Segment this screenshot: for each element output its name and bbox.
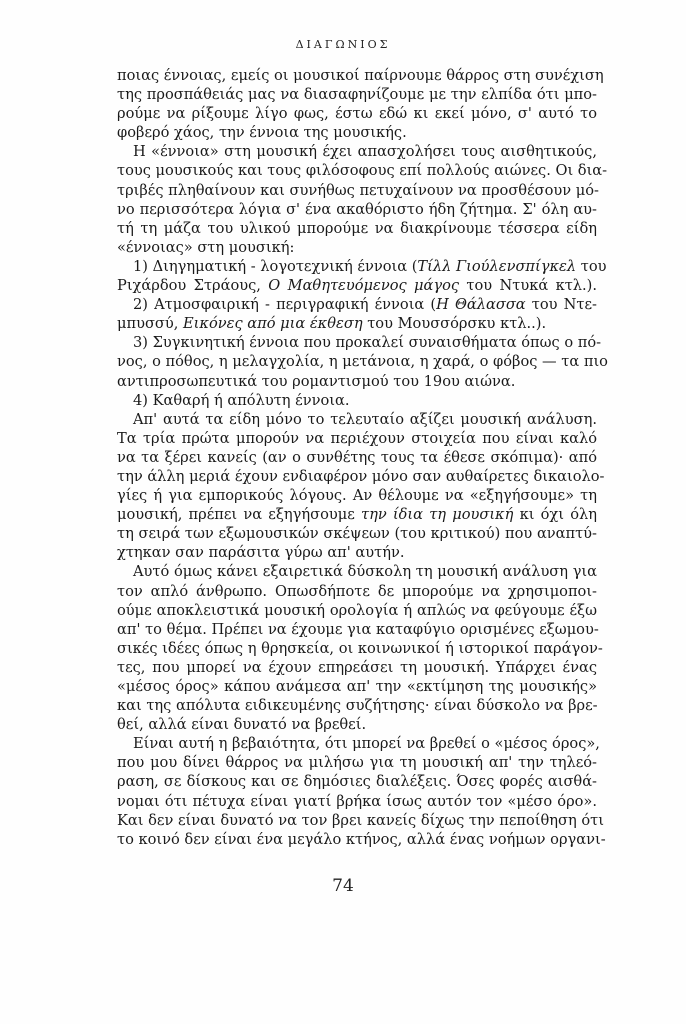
text-line: 1) Διηγηματική - λογοτεχνική έννοια (Τίλ… <box>117 257 597 276</box>
italic-title: Εικόνες από μια έκθεση <box>183 315 363 332</box>
text-run: 1) Διηγηματική - λογοτεχνική έννοια ( <box>133 258 417 275</box>
italic-title: Η Θάλασσα <box>436 296 526 313</box>
text-line: Απ' αυτά τα είδη μόνο το τελευταίο αξίζε… <box>117 410 597 429</box>
text-line: 4) Καθαρή ή απόλυτη έννοια. <box>117 391 597 410</box>
text-line: τες, που μπορεί να έχουν επηρεάσει τη μο… <box>117 658 597 677</box>
text-line: και της απόλυτα ειδικευμένης συζήτησης· … <box>117 696 597 715</box>
text-line: Είναι αυτή η βεβαιότητα, ότι μπορεί να β… <box>117 734 597 753</box>
text-line: «μέσος όρος» κάπου ανάμεσα απ' την «εκτί… <box>117 677 597 696</box>
text-line: χτηκαν σαν παράσιτα γύρω απ' αυτήν. <box>117 543 597 562</box>
text-run: μουσική, πρέπει να εξηγήσουμε <box>117 506 361 523</box>
text-line: Τα τρία πρώτα μπορούν να περιέχουν στοιχ… <box>117 429 597 448</box>
text-run: του Ντυκά κτλ.). <box>459 277 597 294</box>
book-page: ΔΙΑΓΩΝΙΟΣ ποιας έννοιας, εμείς οι μουσικ… <box>0 0 686 1024</box>
text-line: «έννοιας» στη μουσική: <box>117 238 597 257</box>
text-line: Και δεν είναι δυνατό να τον βρει κανείς … <box>117 811 597 830</box>
text-line: τον απλό άνθρωπο. Οπωσδήποτε δε μπορούμε… <box>117 582 597 601</box>
text-line: την άλλη μεριά έχουν ενδιαφέρον μόνο σαν… <box>117 467 597 486</box>
text-line: ούμε αποκλειστικά μουσική ορολογία ή απλ… <box>117 601 597 620</box>
text-line: τη σειρά των εξωμουσικών σκέψεων (του κρ… <box>117 524 597 543</box>
text-line: θεί, αλλά είναι δυνατό να βρεθεί. <box>117 715 597 734</box>
text-run: του <box>576 258 606 275</box>
text-line: γίες ή για εμπορικούς λόγους. Αν θέλουμε… <box>117 486 597 505</box>
text-line: νος, ο πόθος, η μελαγχολία, η μετάνοια, … <box>117 352 597 371</box>
text-run: του Ντε- <box>526 296 597 313</box>
text-line: το κοινό δεν είναι ένα μεγάλο κτήνος, αλ… <box>117 830 597 849</box>
text-run: κι όχι όλη <box>513 506 597 523</box>
italic-title: την ίδια τη μουσική <box>361 506 513 523</box>
page-number: 74 <box>0 876 686 896</box>
text-line: μπυσσύ, Εικόνες από μια έκθεση του Μουσσ… <box>117 314 597 333</box>
text-line: που μου δίνει θάρρος να μιλήσω για τη μο… <box>117 753 597 772</box>
text-line: Αυτό όμως κάνει εξαιρετικά δύσκολη τη μο… <box>117 562 597 581</box>
text-line: Η «έννοια» στη μουσική έχει απασχολήσει … <box>117 142 597 161</box>
text-line: νο περισσότερα λόγια σ' ένα ακαθόριστο ή… <box>117 200 597 219</box>
text-line: απ' το θέμα. Πρέπει να έχουμε για καταφύ… <box>117 620 597 639</box>
text-line: μουσική, πρέπει να εξηγήσουμε την ίδια τ… <box>117 505 597 524</box>
italic-title: Τίλλ Γιούλενσπίγκελ <box>417 258 576 275</box>
text-run: Ριχάρδου Στράους, <box>117 277 268 294</box>
text-line: της προσπάθειάς μας να διασαφηνίζουμε με… <box>117 85 597 104</box>
running-head: ΔΙΑΓΩΝΙΟΣ <box>0 38 686 51</box>
text-line: σικές ιδέες όπως η θρησκεία, οι κοινωνικ… <box>117 639 597 658</box>
text-line: ποιας έννοιας, εμείς οι μουσικοί παίρνου… <box>117 66 597 85</box>
text-line: νομαι ότι πέτυχα είναι γιατί βρήκα ίσως … <box>117 792 597 811</box>
text-line: τους μουσικούς και τους φιλόσοφους επί π… <box>117 161 597 180</box>
text-line: αντιπροσωπευτικά του ρομαντισμού του 19ο… <box>117 372 597 391</box>
text-line: 2) Ατμοσφαιρική - περιγραφική έννοια (Η … <box>117 295 597 314</box>
text-line: ραση, σε δίσκους και σε δημόσιες διαλέξε… <box>117 772 597 791</box>
text-line: 3) Συγκινητική έννοια που προκαλεί συναι… <box>117 333 597 352</box>
text-line: φοβερό χάος, την έννοια της μουσικής. <box>117 123 597 142</box>
text-line: Ριχάρδου Στράους, Ο Μαθητευόμενος μάγος … <box>117 276 597 295</box>
text-line: τή τη μάζα του υλικού μπορούμε να διακρί… <box>117 219 597 238</box>
text-run: 2) Ατμοσφαιρική - περιγραφική έννοια ( <box>133 296 436 313</box>
text-run: μπυσσύ, <box>117 315 183 332</box>
text-line: τριβές πληθαίνουν και συνήθως πετυχαίνου… <box>117 181 597 200</box>
body-text: ποιας έννοιας, εμείς οι μουσικοί παίρνου… <box>117 66 597 849</box>
text-run: του Μουσσόρσκυ κτλ..). <box>363 315 547 332</box>
italic-title: Ο Μαθητευόμενος μάγος <box>268 277 459 294</box>
text-line: ρούμε να ρίξουμε λίγο φως, έστω εδώ κι ε… <box>117 104 597 123</box>
text-line: να τα ξέρει κανείς (αν ο συνθέτης τους τ… <box>117 448 597 467</box>
